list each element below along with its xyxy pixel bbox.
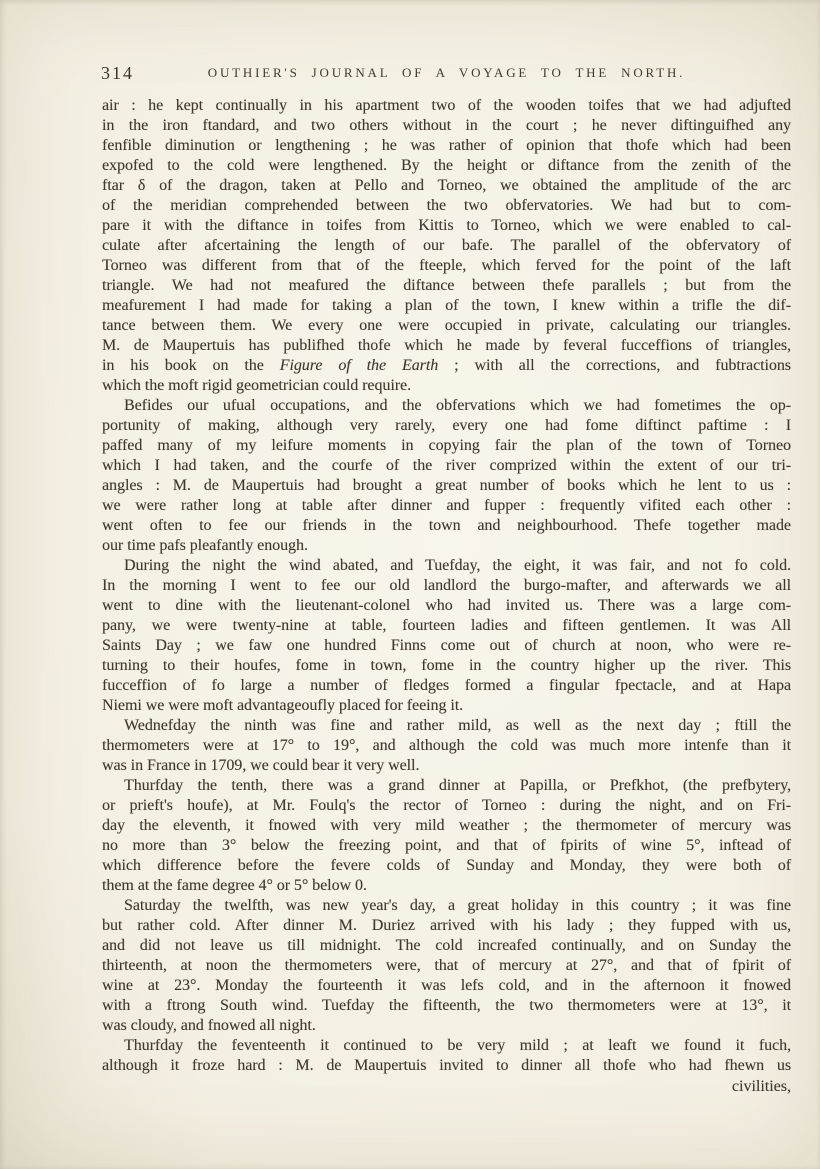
text-run: M. de Maupertuis has publifhed thofe whi…: [102, 337, 791, 354]
text-run: wine at 23°. Monday the fourteenth it wa…: [102, 977, 791, 994]
text-line: but rather cold. After dinner M. Duriez …: [102, 916, 791, 936]
text-run: Befides our ufual occupations, and the o…: [124, 397, 791, 414]
text-line: of the meridian comprehended between the…: [102, 196, 791, 216]
text-run: went often to fee our friends in the tow…: [102, 517, 791, 534]
text-run: pany, we were twenty-nine at table, four…: [102, 617, 791, 634]
text-run: portunity of making, although very rarel…: [102, 417, 791, 434]
text-run: with a ftrong South wind. Tuefday the fi…: [102, 997, 791, 1014]
text-run: in the iron ftandard, and two others wit…: [102, 117, 791, 134]
text-line: Niemi we were moft advantageoufly placed…: [102, 696, 791, 716]
text-line: in the iron ftandard, and two others wit…: [102, 116, 791, 136]
text-run: although it froze hard : M. de Maupertui…: [102, 1057, 791, 1074]
text-line: portunity of making, although very rarel…: [102, 416, 791, 436]
text-run: Saturday the twelfth, was new year's day…: [124, 897, 791, 914]
running-header: OUTHIER'S JOURNAL OF A VOYAGE TO THE NOR…: [102, 62, 791, 81]
text-line: In the morning I went to fee our old lan…: [102, 576, 791, 596]
text-line: culate after afcertaining the length of …: [102, 236, 791, 256]
book-page-scan: 314 OUTHIER'S JOURNAL OF A VOYAGE TO THE…: [0, 0, 820, 1169]
text-run: was in France in 1709, we could bear it …: [102, 757, 419, 774]
text-run: but rather cold. After dinner M. Duriez …: [102, 917, 791, 934]
text-run: day the eleventh, it fnowed with very mi…: [102, 817, 791, 834]
text-run: pare it with the diftance in toifes from…: [102, 217, 791, 234]
text-run: which the moft rigid geometrician could …: [102, 377, 411, 394]
text-line: or prieft's houfe), at Mr. Foulq's the r…: [102, 796, 791, 816]
text-line: went often to fee our friends in the tow…: [102, 516, 791, 536]
text-run: which I had taken, and the courfe of the…: [102, 457, 791, 474]
text-run: In the morning I went to fee our old lan…: [102, 577, 791, 594]
text-run: went to dine with the lieutenant-colonel…: [102, 597, 791, 614]
text-run: which difference before the fevere colds…: [102, 857, 791, 874]
text-line: fenfible diminution or lengthening ; he …: [102, 136, 791, 156]
text-run: Thurfday the tenth, there was a grand di…: [124, 777, 791, 794]
text-run: in his book on the: [102, 357, 280, 374]
text-line: angles : M. de Maupertuis had brought a …: [102, 476, 791, 496]
text-line: Saints Day ; we faw one hundred Finns co…: [102, 636, 791, 656]
italic-text: Figure of the Earth: [280, 357, 438, 374]
text-line: wine at 23°. Monday the fourteenth it wa…: [102, 976, 791, 996]
text-line: was cloudy, and fnowed all night.: [102, 1016, 791, 1036]
text-line: fucceffion of fo large a number of fledg…: [102, 676, 791, 696]
text-line: which difference before the fevere colds…: [102, 856, 791, 876]
text-line: meafurement I had made for taking a plan…: [102, 296, 791, 316]
text-column: 314 OUTHIER'S JOURNAL OF A VOYAGE TO THE…: [102, 62, 791, 1097]
text-run: and did not leave us till midnight. The …: [102, 937, 791, 954]
text-line: Befides our ufual occupations, and the o…: [102, 396, 791, 416]
text-run: expofed to the cold were lengthened. By …: [102, 157, 791, 174]
text-line: M. de Maupertuis has publifhed thofe whi…: [102, 336, 791, 356]
text-run: triangle. We had not meafured the diftan…: [102, 277, 791, 294]
text-line: turning to their houfes, fome in town, f…: [102, 656, 791, 676]
catchword: civilities,: [102, 1076, 791, 1097]
text-run: our time pafs pleafantly enough.: [102, 537, 308, 554]
text-line: tance between them. We every one were oc…: [102, 316, 791, 336]
text-run: thermometers were at 17° to 19°, and alt…: [102, 737, 791, 754]
text-line: Thurfday the tenth, there was a grand di…: [102, 776, 791, 796]
text-line: pany, we were twenty-nine at table, four…: [102, 616, 791, 636]
text-line: and did not leave us till midnight. The …: [102, 936, 791, 956]
text-run: air : he kept continually in his apartme…: [102, 97, 791, 114]
text-run: no more than 3° below the freezing point…: [102, 837, 791, 854]
text-run: Thurfday the feventeenth it continued to…: [124, 1037, 791, 1054]
text-line: expofed to the cold were lengthened. By …: [102, 156, 791, 176]
text-line: ftar δ of the dragon, taken at Pello and…: [102, 176, 791, 196]
text-line: our time pafs pleafantly enough.: [102, 536, 791, 556]
text-run: ; with all the corrections, and fubtract…: [438, 357, 791, 374]
text-line: Wednefday the ninth was fine and rather …: [102, 716, 791, 736]
page-header: 314 OUTHIER'S JOURNAL OF A VOYAGE TO THE…: [102, 62, 791, 84]
text-line: thermometers were at 17° to 19°, and alt…: [102, 736, 791, 756]
text-run: Torneo was different from that of the ft…: [102, 257, 791, 274]
text-line: with a ftrong South wind. Tuefday the fi…: [102, 996, 791, 1016]
text-line: Torneo was different from that of the ft…: [102, 256, 791, 276]
text-line: triangle. We had not meafured the diftan…: [102, 276, 791, 296]
text-run: turning to their houfes, fome in town, f…: [102, 657, 791, 674]
text-line: them at the fame degree 4° or 5° below 0…: [102, 876, 791, 896]
text-run: Saints Day ; we faw one hundred Finns co…: [102, 637, 791, 654]
text-run: Wednefday the ninth was fine and rather …: [124, 717, 791, 734]
text-run: angles : M. de Maupertuis had brought a …: [102, 477, 791, 494]
paragraph: Thurfday the feventeenth it continued to…: [102, 1036, 791, 1076]
text-run: or prieft's houfe), at Mr. Foulq's the r…: [102, 797, 791, 814]
text-run: fenfible diminution or lengthening ; he …: [102, 137, 791, 154]
text-run: tance between them. We every one were oc…: [102, 317, 791, 334]
text-run: fucceffion of fo large a number of fledg…: [102, 677, 791, 694]
paragraph: Thurfday the tenth, there was a grand di…: [102, 776, 791, 896]
page-number: 314: [101, 63, 134, 84]
text-line: we were rather long at table after dinne…: [102, 496, 791, 516]
text-line: which I had taken, and the courfe of the…: [102, 456, 791, 476]
text-line: day the eleventh, it fnowed with very mi…: [102, 816, 791, 836]
text-run: paffed many of my leifure moments in cop…: [102, 437, 791, 454]
text-line: was in France in 1709, we could bear it …: [102, 756, 791, 776]
text-run: During the night the wind abated, and Tu…: [124, 557, 791, 574]
text-run: thirteenth, at noon the thermometers wer…: [102, 957, 791, 974]
paragraph: air : he kept continually in his apartme…: [102, 96, 791, 396]
text-run: of the meridian comprehended between the…: [102, 197, 791, 214]
text-run: Niemi we were moft advantageoufly placed…: [102, 697, 463, 714]
text-line: went to dine with the lieutenant-colonel…: [102, 596, 791, 616]
text-run: ftar δ of the dragon, taken at Pello and…: [102, 177, 791, 194]
paragraph: During the night the wind abated, and Tu…: [102, 556, 791, 716]
text-line: paffed many of my leifure moments in cop…: [102, 436, 791, 456]
text-run: meafurement I had made for taking a plan…: [102, 297, 791, 314]
text-line: thirteenth, at noon the thermometers wer…: [102, 956, 791, 976]
text-line: Saturday the twelfth, was new year's day…: [102, 896, 791, 916]
page-body: air : he kept continually in his apartme…: [102, 96, 791, 1076]
text-line: which the moft rigid geometrician could …: [102, 376, 791, 396]
text-line: During the night the wind abated, and Tu…: [102, 556, 791, 576]
text-line: although it froze hard : M. de Maupertui…: [102, 1056, 791, 1076]
paragraph: Befides our ufual occupations, and the o…: [102, 396, 791, 556]
text-run: culate after afcertaining the length of …: [102, 237, 791, 254]
text-run: them at the fame degree 4° or 5° below 0…: [102, 877, 367, 894]
text-line: air : he kept continually in his apartme…: [102, 96, 791, 116]
text-run: we were rather long at table after dinne…: [102, 497, 791, 514]
paragraph: Wednefday the ninth was fine and rather …: [102, 716, 791, 776]
text-line: pare it with the diftance in toifes from…: [102, 216, 791, 236]
text-line: no more than 3° below the freezing point…: [102, 836, 791, 856]
paragraph: Saturday the twelfth, was new year's day…: [102, 896, 791, 1036]
text-line: Thurfday the feventeenth it continued to…: [102, 1036, 791, 1056]
text-line: in his book on the Figure of the Earth ;…: [102, 356, 791, 376]
text-run: was cloudy, and fnowed all night.: [102, 1017, 316, 1034]
